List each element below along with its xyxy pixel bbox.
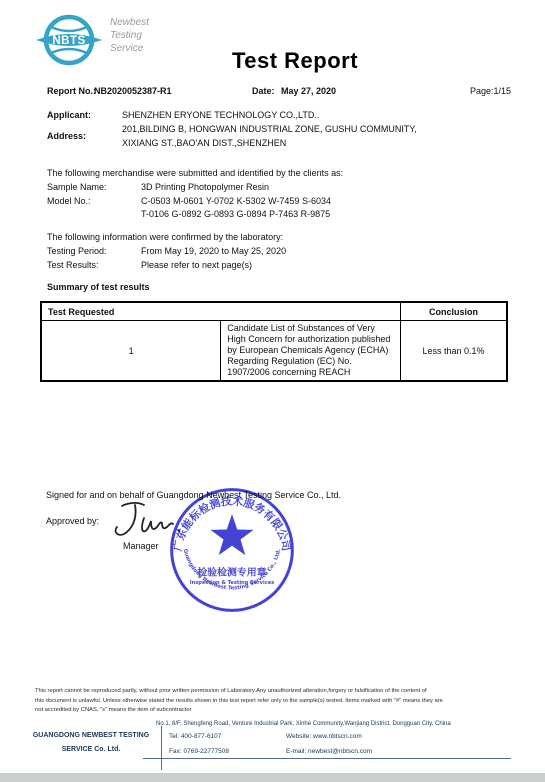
email-value: newbest@nbtscn.com bbox=[308, 748, 372, 755]
row-index: 1 bbox=[41, 321, 221, 382]
footer-tel: Tel: 400-877-6107 bbox=[169, 732, 221, 742]
test-results-value: Please refer to next page(s) bbox=[141, 259, 252, 271]
date-label: Date: bbox=[252, 85, 275, 97]
summary-table-header-row: Test Requested Conclusion bbox=[41, 302, 507, 321]
footer-company-line1: GUANGDONG NEWBEST TESTING bbox=[28, 729, 154, 743]
table-row: 1 Candidate List of Substances of Very H… bbox=[41, 321, 507, 382]
test-report-page: NBTS Newbest Testing Service Test Report… bbox=[0, 0, 545, 782]
page-bottom-edge bbox=[0, 773, 545, 782]
footer-company-line2: SERVICE Co. Ltd. bbox=[28, 743, 154, 757]
footer-email: E-mail: newbest@nbtscn.com bbox=[286, 747, 372, 757]
website-label: Website: bbox=[286, 733, 311, 740]
footer-website: Website: www.nbtscn.com bbox=[286, 732, 362, 742]
seal-cn-text: 检验检测专用章 bbox=[197, 565, 266, 578]
page-number: Page:1/15 bbox=[470, 85, 511, 97]
disclaimer-line3: not accredited by CNAS, "s" means the it… bbox=[35, 706, 513, 716]
fax-label: Fax: bbox=[169, 748, 182, 755]
email-label: E-mail: bbox=[286, 748, 306, 755]
page-title: Test Report bbox=[45, 48, 545, 74]
sample-name-value: 3D Printing Photopolymer Resin bbox=[141, 181, 269, 193]
test-results-label: Test Results: bbox=[47, 259, 99, 271]
testing-period-label: Testing Period: bbox=[47, 245, 107, 257]
disclaimer-line2: this document is unlawful. Unless otherw… bbox=[35, 697, 513, 707]
row-conclusion: Less than 0.1% bbox=[401, 321, 508, 382]
footer-company-name: GUANGDONG NEWBEST TESTING SERVICE Co. Lt… bbox=[28, 729, 154, 757]
approver-title: Manager bbox=[123, 540, 159, 552]
model-no-label: Model No.: bbox=[47, 195, 91, 207]
model-no-line1: C-0503 M-0601 Y-0702 K-5302 W-7459 S-603… bbox=[141, 195, 331, 207]
sample-name-label: Sample Name: bbox=[47, 181, 107, 193]
logo-abbr-text: NBTS bbox=[52, 35, 85, 47]
address-line2: XIXIANG ST.,BAO'AN DIST.,SHENZHEN bbox=[122, 137, 286, 149]
seal-en-text: Inspection & Testing Services bbox=[190, 580, 274, 586]
tel-value: 400-877-6107 bbox=[181, 733, 221, 740]
summary-table: Test Requested Conclusion 1 Candidate Li… bbox=[40, 301, 508, 382]
row-test-requested: Candidate List of Substances of Very Hig… bbox=[221, 321, 401, 382]
merchandise-intro: The following merchandise were submitted… bbox=[47, 167, 343, 179]
laboratory-intro: The following information were confirmed… bbox=[47, 231, 283, 243]
website-value: www.nbtscn.com bbox=[313, 733, 362, 740]
summary-heading: Summary of test results bbox=[47, 281, 150, 293]
date-value: May 27, 2020 bbox=[281, 85, 336, 97]
applicant-value: SHENZHEN ERYONE TECHNOLOGY CO.,LTD.. bbox=[122, 109, 319, 121]
fax-value: 0769-22777508 bbox=[183, 748, 229, 755]
col-header-conclusion: Conclusion bbox=[401, 302, 508, 321]
testing-period-value: From May 19, 2020 to May 25, 2020 bbox=[141, 245, 286, 257]
col-header-test-requested: Test Requested bbox=[41, 302, 401, 321]
company-seal-stamp: 广东能标检测技术服务有限公司 Guangdong NewBest Testing… bbox=[166, 484, 298, 616]
model-no-line2: T-0106 G-0892 G-0893 G-0894 P-7463 R-987… bbox=[141, 208, 330, 220]
report-no-value: NB2020052387-R1 bbox=[94, 85, 172, 97]
address-label: Address: bbox=[47, 130, 86, 142]
footer-disclaimer: This report cannot be reproduced partly,… bbox=[35, 687, 513, 716]
footer-horizontal-rule bbox=[143, 758, 511, 759]
logo-word-line2: Testing bbox=[110, 29, 149, 42]
footer-vertical-divider bbox=[161, 726, 162, 770]
footer-address: No.1, 8/F, Shengfeng Road, Venture Indus… bbox=[156, 719, 451, 729]
approved-by-label: Approved by: bbox=[46, 515, 99, 527]
footer-fax: Fax: 0769-22777508 bbox=[169, 747, 229, 757]
tel-label: Tel: bbox=[169, 733, 179, 740]
address-line1: 201,BILDING B, HONGWAN INDUSTRIAL ZONE, … bbox=[122, 123, 417, 135]
seal-star-icon bbox=[211, 514, 254, 555]
logo-word-line1: Newbest bbox=[110, 16, 149, 29]
disclaimer-line1: This report cannot be reproduced partly,… bbox=[35, 687, 513, 697]
applicant-label: Applicant: bbox=[47, 109, 91, 121]
report-no-label: Report No.: bbox=[47, 85, 96, 97]
